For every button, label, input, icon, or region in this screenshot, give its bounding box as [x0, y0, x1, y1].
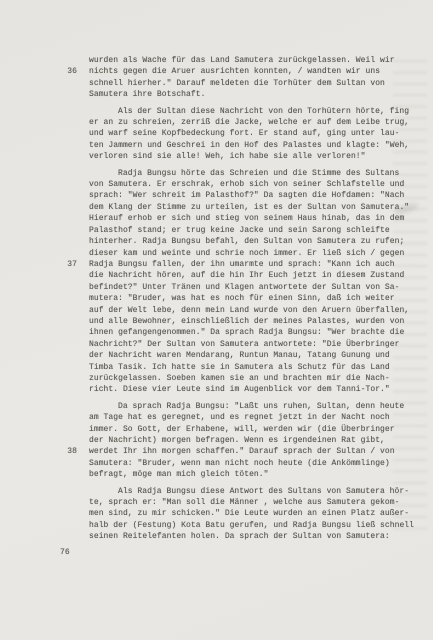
text-line: befragt, möge man mich gleich töten." [0, 469, 433, 480]
margin-section-number [0, 236, 89, 247]
text-line: Samutera ihre Botschaft. [0, 89, 433, 100]
margin-section-number [0, 55, 89, 66]
line-text: zurückgelassen. Soeben kamen sie an und … [89, 373, 433, 384]
text-line: ten Jammern und Geschrei in den Hof des … [0, 140, 433, 151]
margin-section-number [0, 508, 89, 519]
margin-section-number [0, 486, 89, 497]
text-line: und warf seine Kopfbedeckung fort. Er st… [0, 128, 433, 139]
line-text: Samutera: "Bruder, wenn man nicht noch h… [89, 458, 433, 469]
line-text: mutera: "Bruder, was hat es noch für ein… [89, 293, 433, 304]
line-text: richt. Diese vier Leute sind im Augenbli… [89, 384, 433, 395]
margin-section-number [0, 316, 89, 327]
text-line: Radja Bungsu hörte das Schreien und die … [0, 168, 433, 179]
margin-section-number [0, 89, 89, 100]
line-text: verloren sind sie alle! Weh, ich habe si… [89, 151, 433, 162]
text-line: auf der Welt lebe, denn mein Land wurde … [0, 305, 433, 316]
margin-section-number [0, 327, 89, 338]
text-line: verloren sind sie alle! Weh, ich habe si… [0, 151, 433, 162]
text-line: Nachricht?" Der Sultan von Samutera antw… [0, 339, 433, 350]
text-line: 38werdet Ihr ihn morgen schaffen." Darau… [0, 446, 433, 457]
page-text-block: wurden als Wache für das Land Samutera z… [0, 55, 433, 543]
line-text: der Nachricht) morgen befragen. Wenn es … [89, 435, 433, 446]
text-line: hinterher. Radja Bungsu befahl, den Sult… [0, 236, 433, 247]
text-line: er an zu schreien, zerriß die Jacke, wel… [0, 117, 433, 128]
text-line: 36nichts gegen die Aruer ausrichten konn… [0, 66, 433, 77]
margin-section-number [0, 202, 89, 213]
margin-section-number [0, 168, 89, 179]
margin-section-number [0, 282, 89, 293]
margin-section-number [0, 384, 89, 395]
paragraph: Radja Bungsu hörte das Schreien und die … [0, 168, 433, 396]
line-text: halb der (Festung) Kota Batu gerufen, un… [89, 520, 433, 531]
line-text: seinen Reitelefanten holen. Da sprach de… [89, 531, 433, 542]
line-text: Palasthof stand; er trug keine Jacke und… [89, 225, 433, 236]
line-text: Samutera ihre Botschaft. [89, 89, 433, 100]
margin-section-number [0, 401, 89, 412]
line-text: befragt, möge man mich gleich töten." [89, 469, 433, 480]
margin-section-number [0, 225, 89, 236]
text-line: Timba Tasik. Ich hatte sie in Samutera a… [0, 362, 433, 373]
line-text: immer. So Gott, der Erhabene, will, werd… [89, 424, 433, 435]
text-line: der Nachricht waren Mendarang, Runtun Ma… [0, 350, 433, 361]
line-text: und alle Bewohner, einschließlich der me… [89, 316, 433, 327]
line-text: ihnen gefangengenommen." Da sprach Radja… [89, 327, 433, 338]
text-line: wurden als Wache für das Land Samutera z… [0, 55, 433, 66]
line-text: von Samutera. Er erschrak, erhob sich vo… [89, 179, 433, 190]
line-text: auf der Welt lebe, denn mein Land wurde … [89, 305, 433, 316]
line-text: sprach: "Wer schreit im Palasthof?" Da s… [89, 190, 433, 201]
text-line: und alle Bewohner, einschließlich der me… [0, 316, 433, 327]
margin-section-number [0, 179, 89, 190]
margin-section-number [0, 458, 89, 469]
text-line: immer. So Gott, der Erhabene, will, werd… [0, 424, 433, 435]
text-line: seinen Reitelefanten holen. Da sprach de… [0, 531, 433, 542]
margin-section-number [0, 78, 89, 89]
line-text: men sind, zu mir schicken." Die Leute wu… [89, 508, 433, 519]
margin-section-number [0, 412, 89, 423]
line-text: und warf seine Kopfbedeckung fort. Er st… [89, 128, 433, 139]
line-text: am Tage hat es geregnet, und es regnet j… [89, 412, 433, 423]
line-text: der Nachricht waren Mendarang, Runtun Ma… [89, 350, 433, 361]
line-text: Als der Sultan diese Nachricht von den T… [89, 106, 433, 117]
margin-section-number [0, 424, 89, 435]
line-text: schnell hierher." Darauf meldeten die To… [89, 78, 433, 89]
margin-section-number [0, 520, 89, 531]
line-text: wurden als Wache für das Land Samutera z… [89, 55, 433, 66]
line-text: nichts gegen die Aruer ausrichten konnte… [89, 66, 433, 77]
text-line: Samutera: "Bruder, wenn man nicht noch h… [0, 458, 433, 469]
margin-section-number [0, 373, 89, 384]
text-line: men sind, zu mir schicken." Die Leute wu… [0, 508, 433, 519]
line-text: ten Jammern und Geschrei in den Hof des … [89, 140, 433, 151]
text-line: Palasthof stand; er trug keine Jacke und… [0, 225, 433, 236]
margin-section-number [0, 248, 89, 259]
margin-section-number [0, 350, 89, 361]
text-line: richt. Diese vier Leute sind im Augenbli… [0, 384, 433, 395]
margin-section-number [0, 469, 89, 480]
text-line: am Tage hat es geregnet, und es regnet j… [0, 412, 433, 423]
margin-section-number [0, 151, 89, 162]
margin-section-number: 36 [0, 66, 89, 77]
margin-section-number [0, 435, 89, 446]
text-line: sprach: "Wer schreit im Palasthof?" Da s… [0, 190, 433, 201]
line-text: er an zu schreien, zerriß die Jacke, wel… [89, 117, 433, 128]
text-line: Als Radja Bungsu diese Antwort des Sulta… [0, 486, 433, 497]
line-text: dem Klang der Stimme zu urteilen, ist es… [89, 202, 433, 213]
text-line: ihnen gefangengenommen." Da sprach Radja… [0, 327, 433, 338]
margin-section-number [0, 305, 89, 316]
margin-section-number [0, 531, 89, 542]
line-text: Radja Bungsu hörte das Schreien und die … [89, 168, 433, 179]
paragraph: Als Radja Bungsu diese Antwort des Sulta… [0, 486, 433, 543]
paragraph: wurden als Wache für das Land Samutera z… [0, 55, 433, 101]
text-line: dem Klang der Stimme zu urteilen, ist es… [0, 202, 433, 213]
line-text: werdet Ihr ihn morgen schaffen." Darauf … [89, 446, 433, 457]
page-number: 76 [60, 548, 70, 557]
scanned-book-page: wurden als Wache für das Land Samutera z… [0, 0, 433, 640]
text-line: befindet?" Unter Tränen und Klagen antwo… [0, 282, 433, 293]
margin-section-number [0, 497, 89, 508]
text-line: schnell hierher." Darauf meldeten die To… [0, 78, 433, 89]
margin-section-number: 38 [0, 446, 89, 457]
text-line: von Samutera. Er erschrak, erhob sich vo… [0, 179, 433, 190]
text-line: Hierauf erhob er sich und stieg von sein… [0, 213, 433, 224]
line-text: Timba Tasik. Ich hatte sie in Samutera a… [89, 362, 433, 373]
margin-section-number [0, 339, 89, 350]
line-text: befindet?" Unter Tränen und Klagen antwo… [89, 282, 433, 293]
margin-section-number [0, 140, 89, 151]
text-line: te, sprach er: "Man soll die Männer , we… [0, 497, 433, 508]
text-line: halb der (Festung) Kota Batu gerufen, un… [0, 520, 433, 531]
margin-section-number [0, 117, 89, 128]
margin-section-number [0, 190, 89, 201]
line-text: Als Radja Bungsu diese Antwort des Sulta… [89, 486, 433, 497]
text-line: der Nachricht) morgen befragen. Wenn es … [0, 435, 433, 446]
line-text: te, sprach er: "Man soll die Männer , we… [89, 497, 433, 508]
text-line: Als der Sultan diese Nachricht von den T… [0, 106, 433, 117]
margin-section-number [0, 106, 89, 117]
line-text: Hierauf erhob er sich und stieg von sein… [89, 213, 433, 224]
margin-section-number: 37 [0, 259, 89, 270]
text-line: die Nachricht hören, auf die hin Ihr Euc… [0, 270, 433, 281]
line-text: Radja Bungsu fallen, der ihn umarmte und… [89, 259, 433, 270]
margin-section-number [0, 270, 89, 281]
text-line: Da sprach Radja Bungsu: "Laßt uns ruhen,… [0, 401, 433, 412]
paragraph: Da sprach Radja Bungsu: "Laßt uns ruhen,… [0, 401, 433, 481]
line-text: hinterher. Radja Bungsu befahl, den Sult… [89, 236, 433, 247]
line-text: die Nachricht hören, auf die hin Ihr Euc… [89, 270, 433, 281]
text-line: 37Radja Bungsu fallen, der ihn umarmte u… [0, 259, 433, 270]
margin-section-number [0, 128, 89, 139]
margin-section-number [0, 362, 89, 373]
line-text: Nachricht?" Der Sultan von Samutera antw… [89, 339, 433, 350]
paragraph: Als der Sultan diese Nachricht von den T… [0, 106, 433, 163]
margin-section-number [0, 293, 89, 304]
text-line: zurückgelassen. Soeben kamen sie an und … [0, 373, 433, 384]
text-line: dieser kam und weinte und schrie noch im… [0, 248, 433, 259]
text-line: mutera: "Bruder, was hat es noch für ein… [0, 293, 433, 304]
line-text: Da sprach Radja Bungsu: "Laßt uns ruhen,… [89, 401, 433, 412]
margin-section-number [0, 213, 89, 224]
line-text: dieser kam und weinte und schrie noch im… [89, 248, 433, 259]
